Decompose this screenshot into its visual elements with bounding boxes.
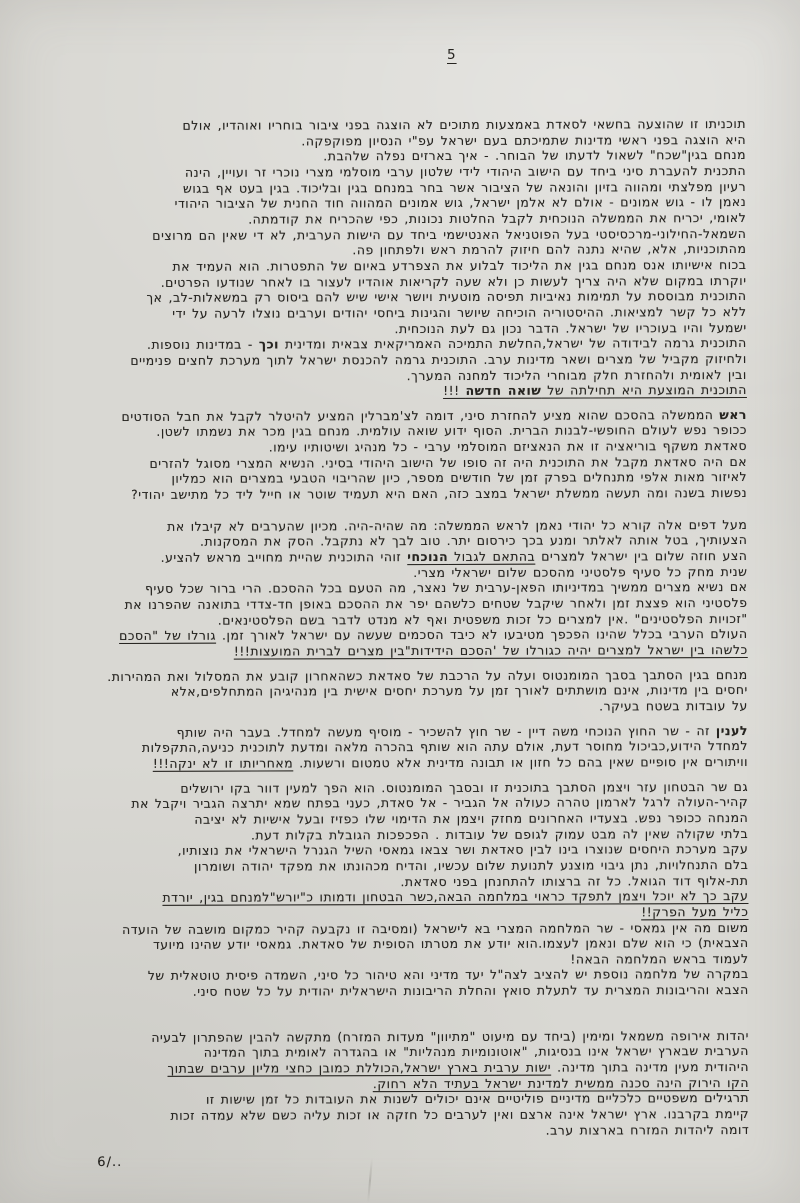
text-run: ישמעל והיו בעוכריו של ישראל. הדבר נכון ג… <box>395 320 747 336</box>
text-run: מאחריותו זו לא ינקה!!! <box>153 755 293 770</box>
text-run: כלשהו בין ישראל למצרים יהיה כגורלו של 'ה… <box>234 642 748 659</box>
text-run: בכוח אישיותו אנס מנחם בגין את הליכוד לבל… <box>173 257 747 274</box>
text-line: נפשות בשנה ומה תעשה ממשלת ישראל במצב כזה… <box>53 485 747 503</box>
text-run: בלתי שקולה שאין לה מבט עמוק לגופם של עוב… <box>251 826 748 843</box>
text-run: לאיזור מאות אלפי מתנחלים בפרק זמן של חוד… <box>171 469 747 486</box>
text-line: דומה ליהדות המזרח בארצות ערב. <box>55 1122 749 1140</box>
text-run: עקב כך לא יוכל ויצמן לתפקד כראוי במלחמה … <box>162 888 748 905</box>
text-run: ככופר נפש לעולם החופשי-לבנות הברית. הסוף… <box>156 422 747 439</box>
text-run: הממשלה בהסכם שהוא מציע להחזרת סיני, דומה… <box>122 407 720 424</box>
text-run: מהתוכניות, אלא, שהיא נתנה להם חיזוק להרמ… <box>352 241 746 257</box>
text-line: התוכנית המוצעת היא תחילתה של שואה חדשה !… <box>53 382 747 400</box>
text-run: היא הוצגה בפני ראשי מדינות שתמיכתם בעם י… <box>301 132 746 148</box>
text-run: אם היה סאדאת מקבל את התוכנית היה זה סופו… <box>149 454 747 471</box>
text-run: היהודית מעין מדינה בתוך מדינה. <box>551 1059 749 1075</box>
text-run: העולם הערבי בכלל שהינו הפכפך מטיבעו לא כ… <box>216 626 748 643</box>
text-run: הנוכחי <box>407 549 448 564</box>
text-run: ובין לאומית ולהחזרת חלק מבוחרי הליכוד למ… <box>407 366 747 382</box>
text-run: "זכויות הפלסטינים" .אין למצרים כל זכות מ… <box>218 611 748 628</box>
text-run: לאומי, יכריח את הממשלה הנוכחית לקבל החלט… <box>248 210 746 227</box>
text-run: !!! <box>443 383 466 398</box>
text-run: הצע חוזה שלום בין ישראל למצרים <box>535 548 747 564</box>
text-run: התוכנית גרמה לבידודה של ישראל,החלשת התמי… <box>279 335 747 351</box>
text-run: עקב מערכת היחסים שנוצרו בינו לבין סאדאת … <box>178 841 749 858</box>
text-run: בלם התנחלויות, נתן גיבוי מוצנע לתנועת של… <box>194 857 748 874</box>
document-lines: תוכניתו זו שהוצעה בחשאי לסאדת באמצעות מת… <box>52 116 749 1140</box>
text-run: נפשות בשנה ומה תעשה ממשלת ישראל במצב כזה… <box>131 485 747 502</box>
text-run: יחסים בין מדינות, אינם מושתתים לאורך זמן… <box>171 682 748 699</box>
text-run: יהדות אירופה משמאל ומימין (ביחד עם מיעוט… <box>151 1028 749 1045</box>
text-run: התוכנית מבוססת על תמימות נאיביות תפיסה מ… <box>146 288 746 305</box>
text-line: על עובדות בשטח בעיקר. <box>54 698 748 716</box>
text-run: כליל מעל הפרק!! <box>641 904 748 919</box>
scanned-document-page: { "page": { "number": "5", "footer": "6/… <box>0 0 800 1203</box>
text-line: כלשהו בין ישראל למצרים יהיה כגורלו של 'ה… <box>54 642 748 660</box>
text-run: הקו הירוק הינה סכנה ממשית למדינת ישראל ב… <box>373 1075 749 1091</box>
text-run: גם שר הבטחון עזר ויצמן הסתבך בתוכנית זו … <box>180 779 748 796</box>
text-run: דומה ליהדות המזרח בארצות ערב. <box>546 1122 750 1138</box>
page-number: 5 <box>443 47 461 63</box>
text-run: התוכנית המוצעת היא תחילתה של <box>541 382 747 398</box>
text-run: קהיר-העולה לרגל לארמון טהרה כעולה אל הגב… <box>131 794 748 811</box>
text-run: המנחה ככופר נפש. בצעדיו האחרונים מחזק וי… <box>194 810 748 827</box>
text-run: בהתאם לגבול <box>448 549 535 564</box>
text-run: קיימת בקרבנו. ארץ ישראל אינה ארצם ואין ל… <box>170 1106 749 1123</box>
text-run: סאדאת משקף בוריאציה זו את הנאציזם המוסלמ… <box>269 438 747 455</box>
next-page-label: 6/.. <box>55 1153 749 1171</box>
text-run: וויתורים אין סופיים שאין בהם כל חזון או … <box>293 754 748 770</box>
text-run: תרגילים משפטיים כלכליים מדיניים פוליטיים… <box>206 1090 749 1107</box>
text-run: מעל דפים אלה קורא כל יהודי נאמן לראש הממ… <box>167 517 747 534</box>
text-run: תת-אלוף דוד הגואל. כל זה ברצותו להתחנחן … <box>400 873 748 889</box>
text-run: לענין <box>716 723 748 738</box>
text-run: מנחם בגין"שכח" לשאול לדעתו של הבוחר. - א… <box>323 147 746 163</box>
text-run: - במדינות נוספות. <box>147 337 259 352</box>
text-run: הערבית שבארץ ישראל אינו בנסיגות, "אוטונו… <box>204 1043 749 1060</box>
text-run: לעמוד בראש המלחמה הבאה! <box>570 951 748 967</box>
text-run: משום מה אין גמאסי - שר המלחמה המצרי בא ל… <box>122 919 749 936</box>
text-run: ראש <box>719 407 747 422</box>
text-run: זוהי התוכנית שהיית מחוייב מראש להציע. <box>161 549 408 565</box>
text-run: התכנית להעברת סיני ביחד עם הישוב היהודי … <box>185 163 746 180</box>
text-run: מנחם בגין הסתבך בסבך המומנטוס ועלה על הר… <box>107 667 748 684</box>
text-run: יוקרתו במקום שלא היה צריך לעשות כן ולא ש… <box>161 273 747 290</box>
text-run: למחדל הידוע,כביכול מחוסר דעת, אולם עתה ה… <box>142 738 748 755</box>
document-text-block: תוכניתו זו שהוצעה בחשאי לסאדת באמצעות מת… <box>52 116 749 1171</box>
text-run: הצעותיך, בטל אותה לאלתר ומנע בכך כירסום … <box>200 532 747 549</box>
text-run: ולחיזוק מקביל של מצרים ושאר מדינות ערב. … <box>130 351 746 368</box>
text-run: אם נשיא מצרים ממשיך במדיניותו הפאן-ערבית… <box>145 579 747 596</box>
text-run: הצבאית) כי הוא שלם ונאמן לעצמו.הוא יודע … <box>153 935 749 952</box>
text-run: הצבא והריבונות המצרית עד לתעלת סואץ והחל… <box>193 982 749 999</box>
text-run: ללא כל קשר למציאות. ההיסטוריה הוכיחה שיו… <box>172 304 746 321</box>
text-run: זה - שר החוץ הנוכחי משה דיין - שר חוץ לה… <box>177 723 716 740</box>
text-run: במקרה של מלחמה נוספת יש להציב לצה"ל יעד … <box>148 966 749 983</box>
text-run: וכך <box>259 337 279 352</box>
text-run: רעיון מפלצתי ומהווה בזיון והונאה של הציב… <box>183 179 746 196</box>
text-run: נאמן לו - גוש אמונים - אולם לא אלמן ישרא… <box>175 194 747 211</box>
text-run: גורלו של "הסכם <box>119 628 216 643</box>
text-line: הצבא והריבונות המצרית עד לתעלת סואץ והחל… <box>55 982 749 1000</box>
text-run: השמאל-החילוני-מרכסיסטי בעל הפוטניאל האנט… <box>152 226 746 243</box>
text-run: שואה חדשה <box>466 383 542 398</box>
text-line: וויתורים אין סופיים שאין בהם כל חזון או … <box>54 754 748 772</box>
text-run: ישות ערבית בארץ ישראל,הכוללת כמובן כחצי … <box>167 1060 551 1076</box>
text-run: שנית מחק כל סעיף פלסטיני מהסכם שלום ישרא… <box>413 564 747 580</box>
text-run: פלסטיני הוא פצצת זמן ולאחר שיקבל שטחים כ… <box>125 595 748 612</box>
text-run: על עובדות בשטח בעיקר. <box>599 698 748 713</box>
text-run: תוכניתו זו שהוצעה בחשאי לסאדת באמצעות מת… <box>182 116 746 133</box>
